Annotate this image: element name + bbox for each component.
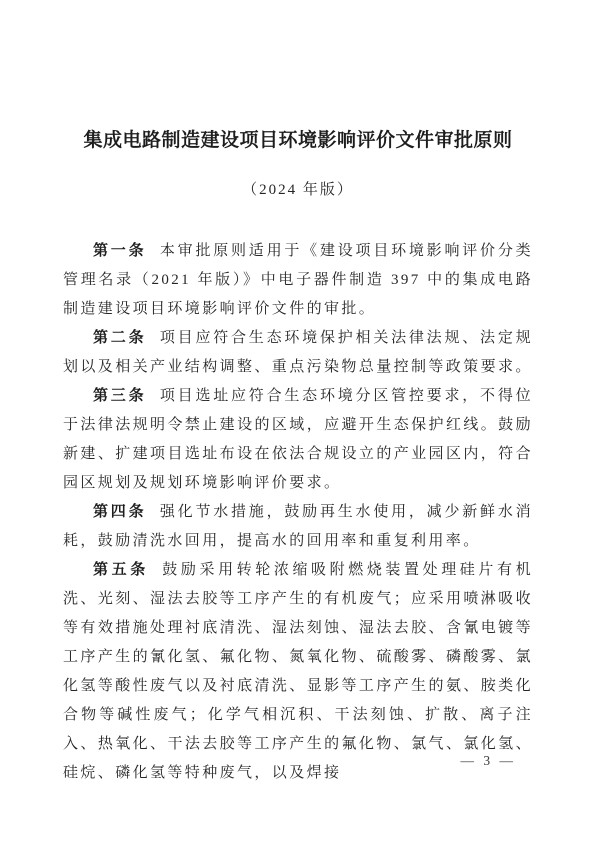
page-number: — 3 —	[461, 753, 517, 769]
article-label: 第五条	[93, 562, 149, 578]
article-label: 第一条	[93, 243, 146, 259]
article-text: 鼓励采用转轮浓缩吸附燃烧装置处理硅片有机洗、光刻、湿法去胶等工序产生的有机废气；…	[63, 562, 533, 781]
article-paragraph-3: 第三条项目选址应符合生态环境分区管控要求，不得位于法律法规明令禁止建设的区域，应…	[63, 382, 533, 498]
document-subtitle: （2024 年版）	[63, 180, 533, 200]
article-label: 第二条	[93, 330, 146, 346]
article-label: 第三条	[93, 388, 146, 404]
article-paragraph-1: 第一条本审批原则适用于《建设项目环境影响评价分类管理名录（2021 年版）》中电…	[63, 237, 533, 324]
document-title: 集成电路制造建设项目环境影响评价文件审批原则	[63, 128, 533, 154]
article-paragraph-2: 第二条项目应符合生态环境保护相关法律法规、法定规划以及相关产业结构调整、重点污染…	[63, 324, 533, 382]
article-label: 第四条	[93, 504, 146, 520]
document-body: 第一条本审批原则适用于《建设项目环境影响评价分类管理名录（2021 年版）》中电…	[63, 237, 533, 788]
document-page: 集成电路制造建设项目环境影响评价文件审批原则 （2024 年版） 第一条本审批原…	[0, 0, 596, 842]
article-paragraph-4: 第四条强化节水措施，鼓励再生水使用，减少新鲜水消耗，鼓励清洗水回用，提高水的回用…	[63, 498, 533, 556]
